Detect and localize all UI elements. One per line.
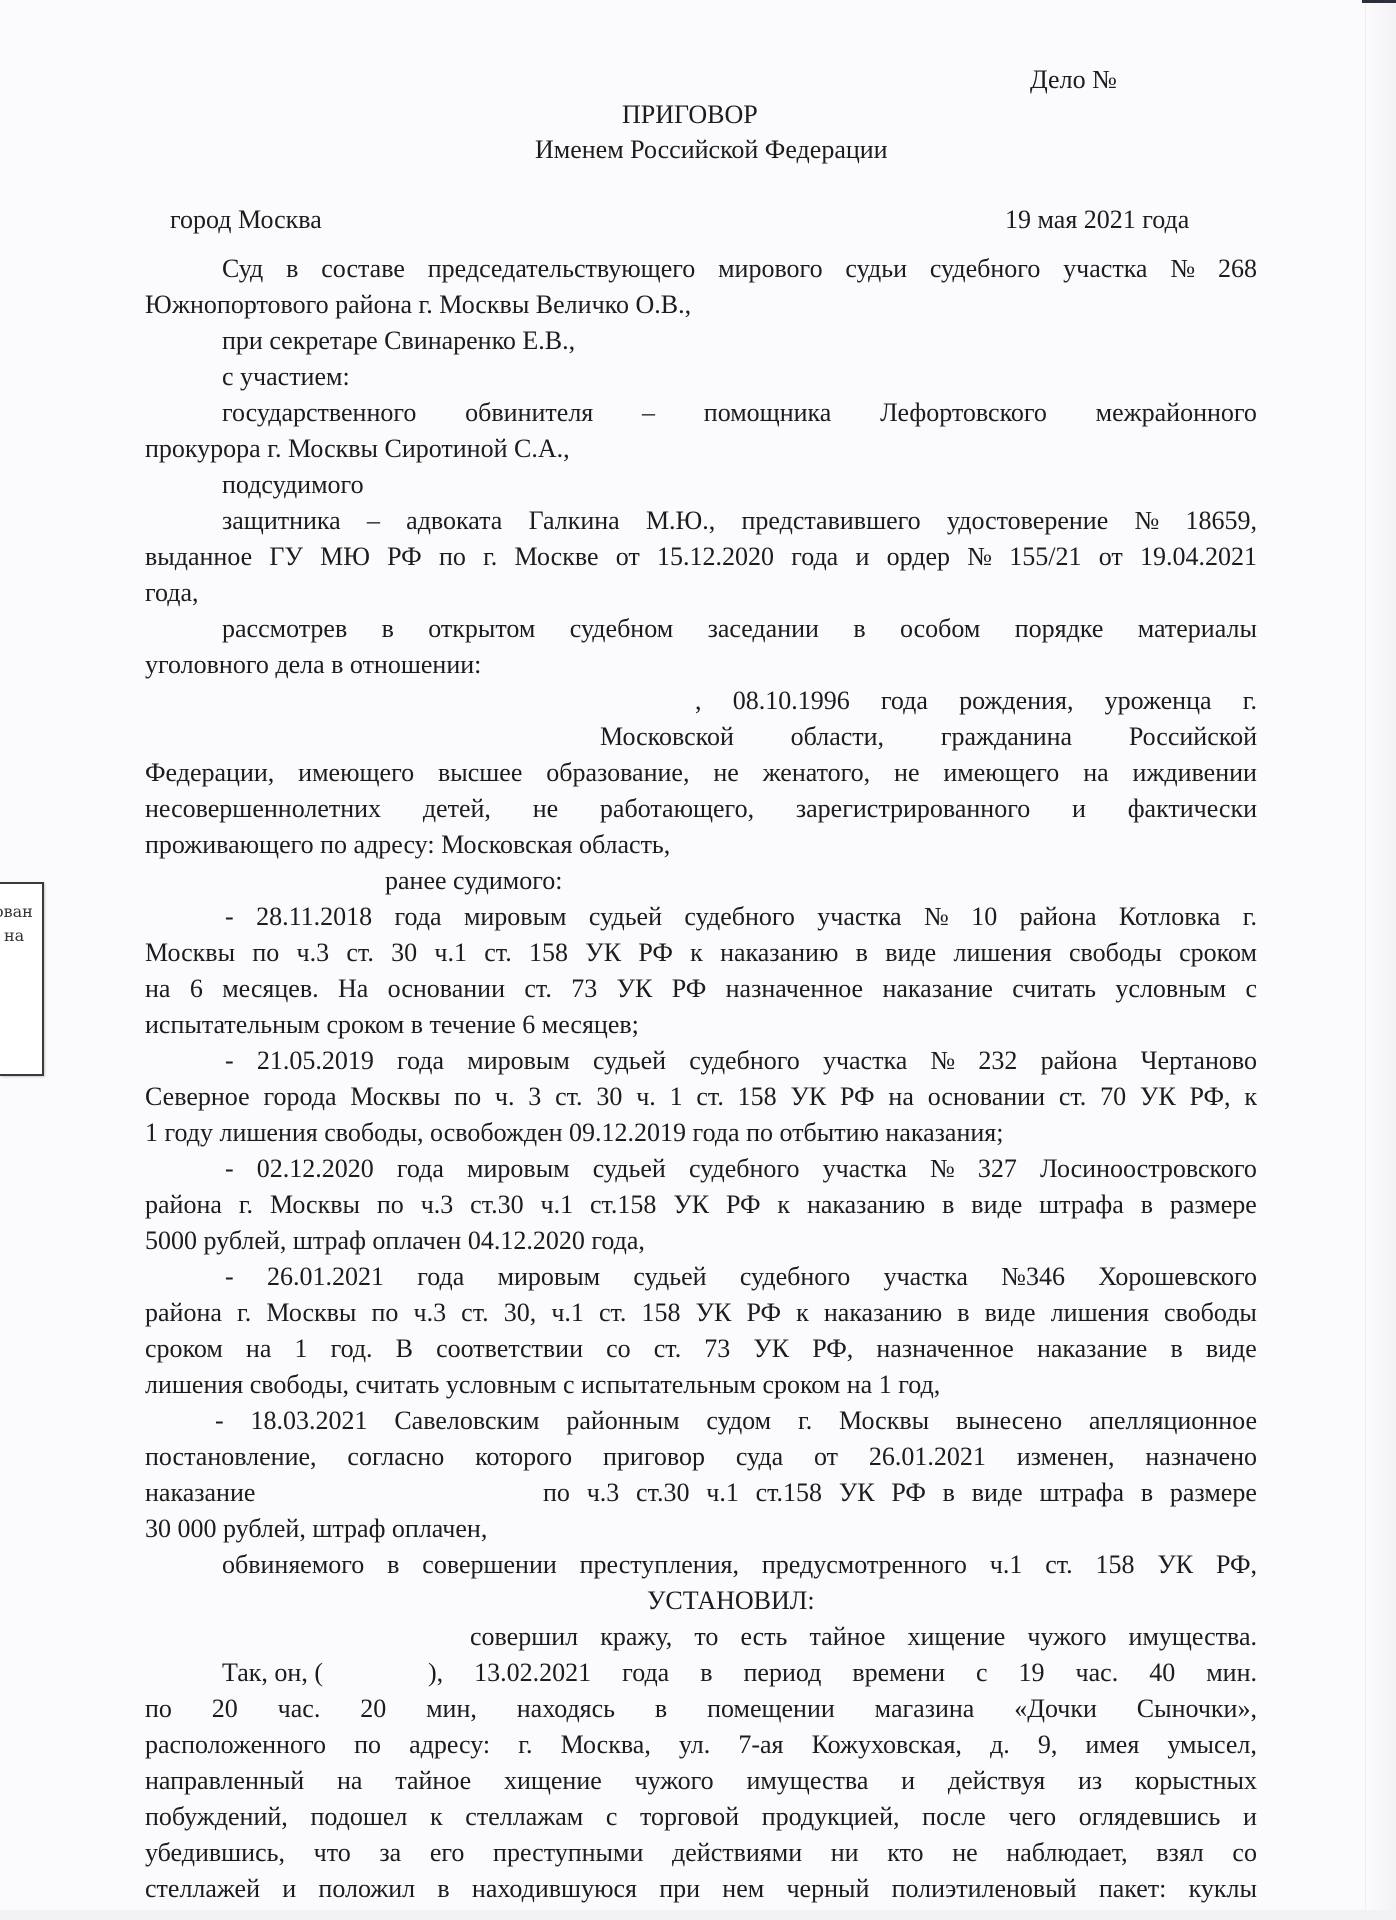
- corner-mark: [1362, 0, 1396, 3]
- text-line: -21.05.2019годамировымсудьейсудебногоуча…: [225, 1046, 1257, 1076]
- date: 19 мая 2021 года: [1005, 205, 1189, 235]
- text-line: по20час.20мин,находясьвпомещениимагазина…: [145, 1694, 1257, 1724]
- text-line: -26.01.2021годамировымсудьейсудебногоуча…: [225, 1262, 1257, 1292]
- text-line: при секретаре Свинаренко Е.В.,: [222, 326, 575, 356]
- text-line: -02.12.2020годамировымсудьейсудебногоуча…: [225, 1154, 1257, 1184]
- text-line: УСТАНОВИЛ:: [647, 1586, 815, 1616]
- text-line: поч.3ст.30ч.1ст.158УКРФввидештрафавразме…: [543, 1478, 1257, 1508]
- text-line: испытательным сроком в течение 6 месяцев…: [145, 1010, 639, 1040]
- side-tab: ован на: [0, 882, 44, 1076]
- text-line: -18.03.2021Савеловскимрайоннымсудомг.Мос…: [215, 1406, 1257, 1436]
- text-line: на6месяцев.Наоснованиист.73УКРФназначенн…: [145, 974, 1257, 1004]
- page-edge: [1365, 0, 1396, 1920]
- text-line: расположенногопоадресу:г.Москва,ул.7-аяК…: [145, 1730, 1257, 1760]
- text-line: подсудимого: [222, 470, 364, 500]
- text-line: Южнопортового района г. Москвы Величко О…: [145, 290, 691, 320]
- text-line: постановление,согласнокоторогоприговорсу…: [145, 1442, 1257, 1472]
- document-page: ован на Дело № ПРИГОВОР Именем Российско…: [0, 0, 1396, 1920]
- text-line: направленныйнатайноехищениечужогоимущест…: [145, 1766, 1257, 1796]
- text-line: выданноеГУМЮРФпог.Москвеот15.12.2020года…: [145, 542, 1257, 572]
- text-line: 5000 рублей, штраф оплачен 04.12.2020 го…: [145, 1226, 645, 1256]
- text-line: прокурора г. Москвы Сиротиной С.А.,: [145, 434, 570, 464]
- document-title: ПРИГОВОР: [622, 100, 758, 130]
- text-line: обвиняемоговсовершениипреступления,преду…: [222, 1550, 1257, 1580]
- text-line: 1 году лишения свободы, освобожден 09.12…: [145, 1118, 1003, 1148]
- text-line: наказание: [145, 1478, 255, 1508]
- text-line: 30 000 рублей, штраф оплачен,: [145, 1514, 487, 1544]
- page-bottom-edge: [0, 1910, 1396, 1920]
- text-line: побуждений,подошелкстеллажамсторговойпро…: [145, 1802, 1257, 1832]
- text-line: уголовного дела в отношении:: [145, 650, 481, 680]
- text-line: с участием:: [222, 362, 350, 392]
- text-line: Московскойобласти,гражданинаРоссийской: [600, 722, 1257, 752]
- text-line: рассмотреввоткрытомсудебномзаседаниивосо…: [222, 614, 1257, 644]
- document-subtitle: Именем Российской Федерации: [535, 135, 888, 165]
- text-line: ,08.10.1996годарождения,уроженцаг.: [695, 686, 1257, 716]
- text-line: государственногообвинителя–помощникаЛефо…: [222, 398, 1257, 428]
- text-line: стеллажейиположилвнаходившуюсяпринемчерн…: [145, 1874, 1257, 1904]
- case-number: Дело №: [1030, 65, 1117, 95]
- city: город Москва: [170, 205, 322, 235]
- text-line: года,: [145, 578, 199, 608]
- text-line: защитника–адвокатаГалкинаМ.Ю.,представив…: [222, 506, 1257, 536]
- text-line: районаг.Москвыпоч.3ст.30,ч.1ст.158УКРФкн…: [145, 1298, 1257, 1328]
- side-tab-text: на: [4, 926, 24, 945]
- text-line: несовершеннолетнихдетей,неработающего,за…: [145, 794, 1257, 824]
- text-line: Федерации,имеющеговысшееобразование,неже…: [145, 758, 1257, 788]
- text-line: районаг.Москвыпоч.3ст.30ч.1ст.158УКРФкна…: [145, 1190, 1257, 1220]
- text-line: ),13.02.2021годавпериодвременис19час.40м…: [428, 1658, 1257, 1688]
- text-line: Судвсоставепредседательствующегомирового…: [222, 254, 1257, 284]
- text-line: СеверноегородаМосквыпоч.3ст.30ч.1ст.158У…: [145, 1082, 1257, 1112]
- text-line: срокомна1год.Всоответствиисост.73УКРФ,на…: [145, 1334, 1257, 1364]
- text-line: -28.11.2018годамировымсудьейсудебногоуча…: [225, 902, 1257, 932]
- text-line: ранее судимого:: [385, 866, 562, 896]
- text-line: совершилкражу,тоестьтайноехищениечужогои…: [470, 1622, 1257, 1652]
- text-line: Москвыпоч.3ст.30ч.1ст.158УКРФкнаказаниюв…: [145, 938, 1257, 968]
- side-tab-text: ован: [0, 902, 33, 921]
- text-line: лишения свободы, считать условным с испы…: [145, 1370, 940, 1400]
- text-line: убедившись,чтозаегопреступнымидействиями…: [145, 1838, 1257, 1868]
- text-line: Так, он, (: [222, 1658, 323, 1688]
- text-line: проживающего по адресу: Московская облас…: [145, 830, 670, 860]
